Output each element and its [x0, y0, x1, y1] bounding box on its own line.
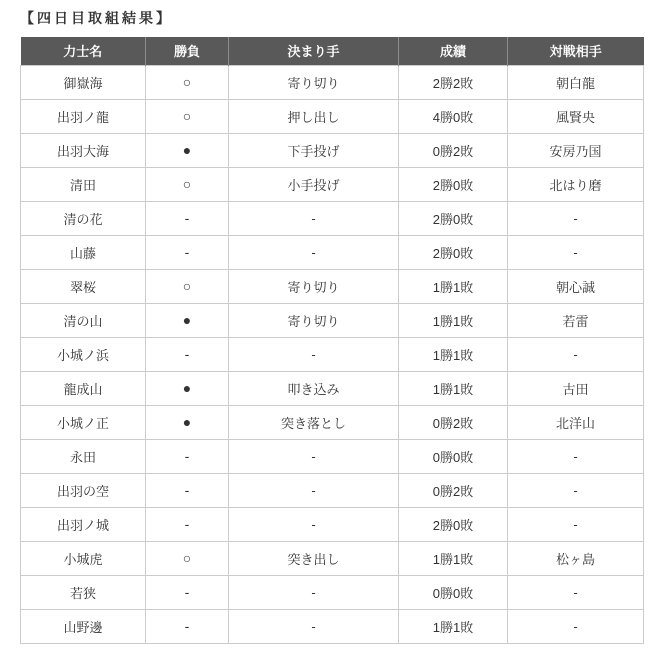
table-row: 永田--0勝0敗- — [21, 439, 644, 473]
opponent-cell: - — [508, 235, 644, 269]
rikishi-name-cell: 若狭 — [21, 575, 146, 609]
rikishi-name-cell: 翠桜 — [21, 269, 146, 303]
record-cell: 0勝0敗 — [399, 439, 508, 473]
result-mark-cell: ○ — [146, 167, 229, 201]
record-cell: 2勝0敗 — [399, 167, 508, 201]
kimarite-cell: - — [229, 439, 399, 473]
rikishi-name-cell: 小城虎 — [21, 541, 146, 575]
result-mark-cell: ○ — [146, 65, 229, 99]
table-row: 清の花--2勝0敗- — [21, 201, 644, 235]
rikishi-name-cell: 御嶽海 — [21, 65, 146, 99]
table-row: 山藤--2勝0敗- — [21, 235, 644, 269]
result-mark-cell: - — [146, 439, 229, 473]
opponent-cell: 古田 — [508, 371, 644, 405]
kimarite-cell: 押し出し — [229, 99, 399, 133]
rikishi-name-cell: 山藤 — [21, 235, 146, 269]
table-row: 御嶽海○寄り切り2勝2敗朝白龍 — [21, 65, 644, 99]
table-header: 力士名 勝負 決まり手 成績 対戦相手 — [21, 37, 644, 65]
column-header-opponent: 対戦相手 — [508, 37, 644, 65]
rikishi-name-cell: 小城ノ浜 — [21, 337, 146, 371]
record-cell: 1勝1敗 — [399, 337, 508, 371]
rikishi-name-cell: 小城ノ正 — [21, 405, 146, 439]
table-row: 出羽ノ龍○押し出し4勝0敗風賢央 — [21, 99, 644, 133]
record-cell: 1勝1敗 — [399, 303, 508, 337]
table-row: 若狭--0勝0敗- — [21, 575, 644, 609]
result-mark-cell: - — [146, 235, 229, 269]
kimarite-cell: 寄り切り — [229, 65, 399, 99]
result-mark-cell: ● — [146, 303, 229, 337]
rikishi-name-cell: 出羽の空 — [21, 473, 146, 507]
opponent-cell: 若雷 — [508, 303, 644, 337]
table-row: 出羽ノ城--2勝0敗- — [21, 507, 644, 541]
opponent-cell: - — [508, 439, 644, 473]
table-row: 清の山●寄り切り1勝1敗若雷 — [21, 303, 644, 337]
kimarite-cell: 叩き込み — [229, 371, 399, 405]
opponent-cell: - — [508, 507, 644, 541]
opponent-cell: 朝白龍 — [508, 65, 644, 99]
kimarite-cell: 寄り切り — [229, 269, 399, 303]
result-mark-cell: ● — [146, 133, 229, 167]
record-cell: 4勝0敗 — [399, 99, 508, 133]
page-title: 【四日目取組結果】 — [20, 8, 643, 28]
column-header-kimarite: 決まり手 — [229, 37, 399, 65]
opponent-cell: 北洋山 — [508, 405, 644, 439]
result-mark-cell: - — [146, 609, 229, 643]
record-cell: 2勝0敗 — [399, 201, 508, 235]
record-cell: 0勝2敗 — [399, 405, 508, 439]
record-cell: 1勝1敗 — [399, 269, 508, 303]
rikishi-name-cell: 龍成山 — [21, 371, 146, 405]
table-row: 出羽大海●下手投げ0勝2敗安房乃国 — [21, 133, 644, 167]
opponent-cell: - — [508, 201, 644, 235]
table-row: 小城ノ浜--1勝1敗- — [21, 337, 644, 371]
kimarite-cell: 寄り切り — [229, 303, 399, 337]
result-mark-cell: - — [146, 337, 229, 371]
result-mark-cell: ● — [146, 405, 229, 439]
record-cell: 2勝0敗 — [399, 507, 508, 541]
rikishi-name-cell: 出羽ノ龍 — [21, 99, 146, 133]
table-row: 小城虎○突き出し1勝1敗松ヶ島 — [21, 541, 644, 575]
kimarite-cell: - — [229, 201, 399, 235]
result-mark-cell: - — [146, 507, 229, 541]
opponent-cell: - — [508, 609, 644, 643]
result-mark-cell: ○ — [146, 269, 229, 303]
kimarite-cell: 突き落とし — [229, 405, 399, 439]
opponent-cell: 朝心誠 — [508, 269, 644, 303]
result-mark-cell: - — [146, 575, 229, 609]
rikishi-name-cell: 出羽ノ城 — [21, 507, 146, 541]
result-mark-cell: - — [146, 201, 229, 235]
table-row: 清田○小手投げ2勝0敗北はり磨 — [21, 167, 644, 201]
kimarite-cell: 突き出し — [229, 541, 399, 575]
kimarite-cell: - — [229, 507, 399, 541]
kimarite-cell: - — [229, 609, 399, 643]
opponent-cell: - — [508, 473, 644, 507]
opponent-cell: 風賢央 — [508, 99, 644, 133]
table-row: 小城ノ正●突き落とし0勝2敗北洋山 — [21, 405, 644, 439]
rikishi-name-cell: 清の山 — [21, 303, 146, 337]
result-mark-cell: ○ — [146, 99, 229, 133]
rikishi-name-cell: 清の花 — [21, 201, 146, 235]
result-mark-cell: ○ — [146, 541, 229, 575]
opponent-cell: 松ヶ島 — [508, 541, 644, 575]
kimarite-cell: - — [229, 575, 399, 609]
record-cell: 1勝1敗 — [399, 541, 508, 575]
table-row: 龍成山●叩き込み1勝1敗古田 — [21, 371, 644, 405]
opponent-cell: 北はり磨 — [508, 167, 644, 201]
record-cell: 1勝1敗 — [399, 609, 508, 643]
page: 【四日目取組結果】 力士名 勝負 決まり手 成績 対戦相手 御嶽海○寄り切り2勝… — [0, 0, 662, 665]
opponent-cell: - — [508, 575, 644, 609]
record-cell: 0勝2敗 — [399, 473, 508, 507]
kimarite-cell: - — [229, 337, 399, 371]
column-header-result: 勝負 — [146, 37, 229, 65]
rikishi-name-cell: 山野邊 — [21, 609, 146, 643]
table-row: 翠桜○寄り切り1勝1敗朝心誠 — [21, 269, 644, 303]
column-header-rikishi-name: 力士名 — [21, 37, 146, 65]
opponent-cell: - — [508, 337, 644, 371]
kimarite-cell: - — [229, 235, 399, 269]
rikishi-name-cell: 出羽大海 — [21, 133, 146, 167]
kimarite-cell: 小手投げ — [229, 167, 399, 201]
table-row: 出羽の空--0勝2敗- — [21, 473, 644, 507]
opponent-cell: 安房乃国 — [508, 133, 644, 167]
record-cell: 2勝0敗 — [399, 235, 508, 269]
table-body: 御嶽海○寄り切り2勝2敗朝白龍出羽ノ龍○押し出し4勝0敗風賢央出羽大海●下手投げ… — [21, 65, 644, 643]
result-mark-cell: ● — [146, 371, 229, 405]
rikishi-name-cell: 永田 — [21, 439, 146, 473]
record-cell: 0勝0敗 — [399, 575, 508, 609]
record-cell: 0勝2敗 — [399, 133, 508, 167]
table-header-row: 力士名 勝負 決まり手 成績 対戦相手 — [21, 37, 644, 65]
kimarite-cell: 下手投げ — [229, 133, 399, 167]
result-mark-cell: - — [146, 473, 229, 507]
record-cell: 1勝1敗 — [399, 371, 508, 405]
bout-results-table: 力士名 勝負 決まり手 成績 対戦相手 御嶽海○寄り切り2勝2敗朝白龍出羽ノ龍○… — [20, 37, 644, 644]
rikishi-name-cell: 清田 — [21, 167, 146, 201]
column-header-record: 成績 — [399, 37, 508, 65]
kimarite-cell: - — [229, 473, 399, 507]
table-row: 山野邊--1勝1敗- — [21, 609, 644, 643]
record-cell: 2勝2敗 — [399, 65, 508, 99]
